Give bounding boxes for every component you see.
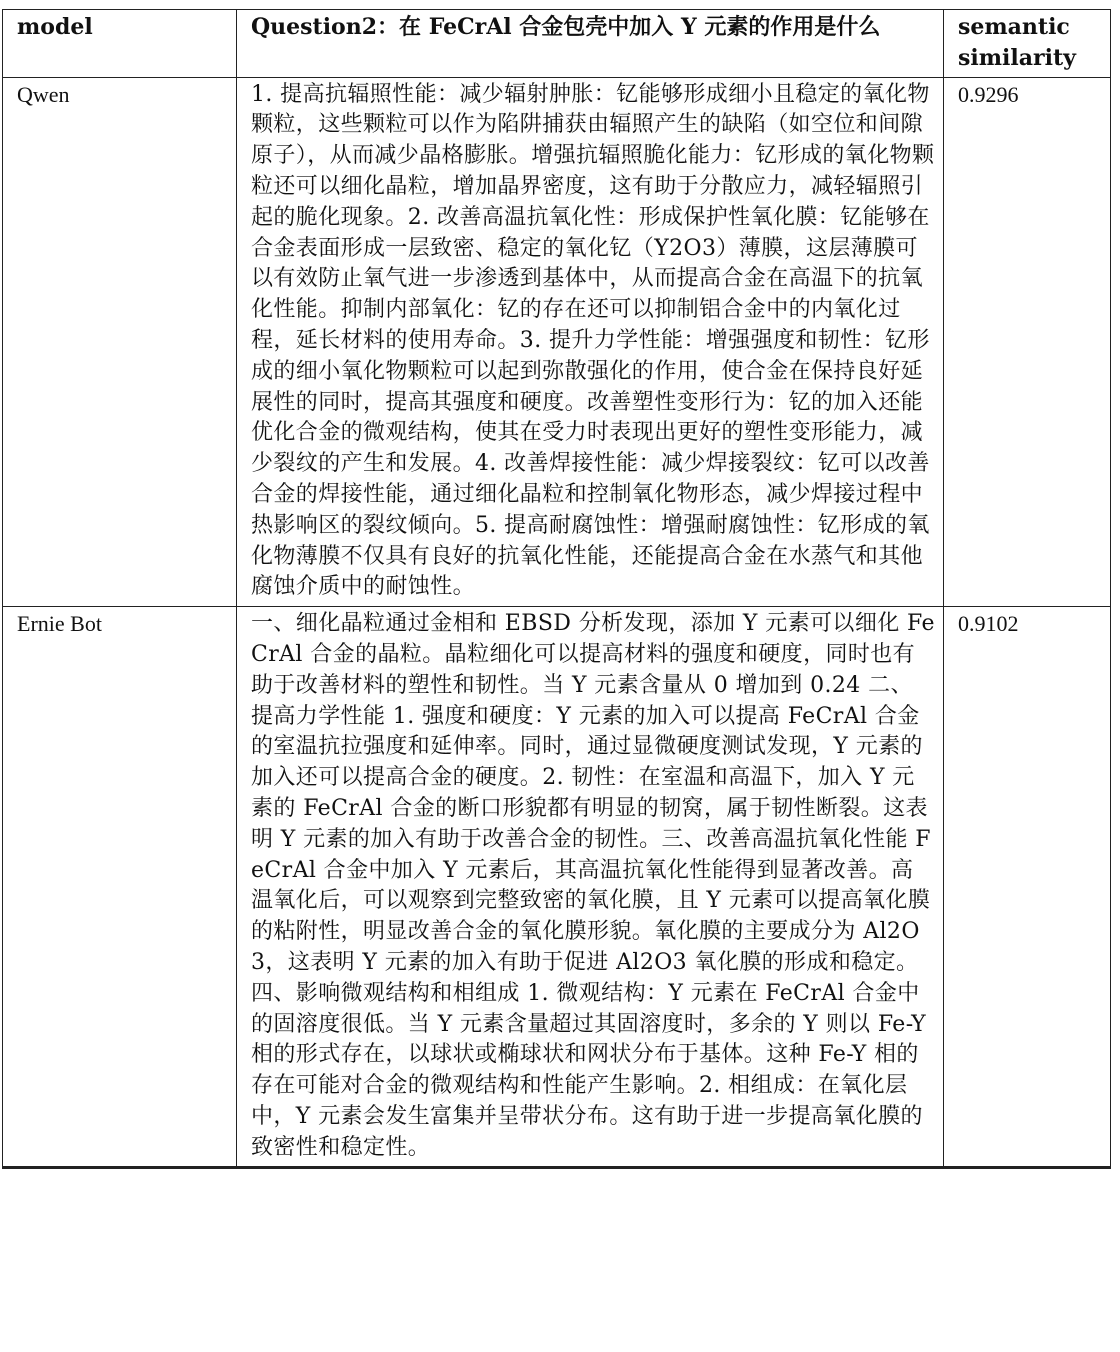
table-row: Ernie Bot 一、细化晶粒通过金相和 EBSD 分析发现，添加 Y 元素可… bbox=[3, 607, 1111, 1168]
header-similarity: semantic similarity bbox=[944, 10, 1111, 78]
model-answer: 1. 提高抗辐照性能：减少辐射肿胀：钇能够形成细小且稳定的氧化物颗粒，这些颗粒可… bbox=[237, 77, 944, 607]
similarity-score: 0.9296 bbox=[944, 77, 1111, 607]
header-model: model bbox=[3, 10, 237, 78]
similarity-score: 0.9102 bbox=[944, 607, 1111, 1168]
model-name: Qwen bbox=[3, 77, 237, 607]
model-name: Ernie Bot bbox=[3, 607, 237, 1168]
table-row: Qwen 1. 提高抗辐照性能：减少辐射肿胀：钇能够形成细小且稳定的氧化物颗粒，… bbox=[3, 77, 1111, 607]
model-answer: 一、细化晶粒通过金相和 EBSD 分析发现，添加 Y 元素可以细化 FeCrAl… bbox=[237, 607, 944, 1168]
comparison-table: model Question2：在 FeCrAl 合金包壳中加入 Y 元素的作用… bbox=[2, 9, 1111, 1169]
header-row: model Question2：在 FeCrAl 合金包壳中加入 Y 元素的作用… bbox=[3, 10, 1111, 78]
header-question: Question2：在 FeCrAl 合金包壳中加入 Y 元素的作用是什么 bbox=[237, 10, 944, 78]
